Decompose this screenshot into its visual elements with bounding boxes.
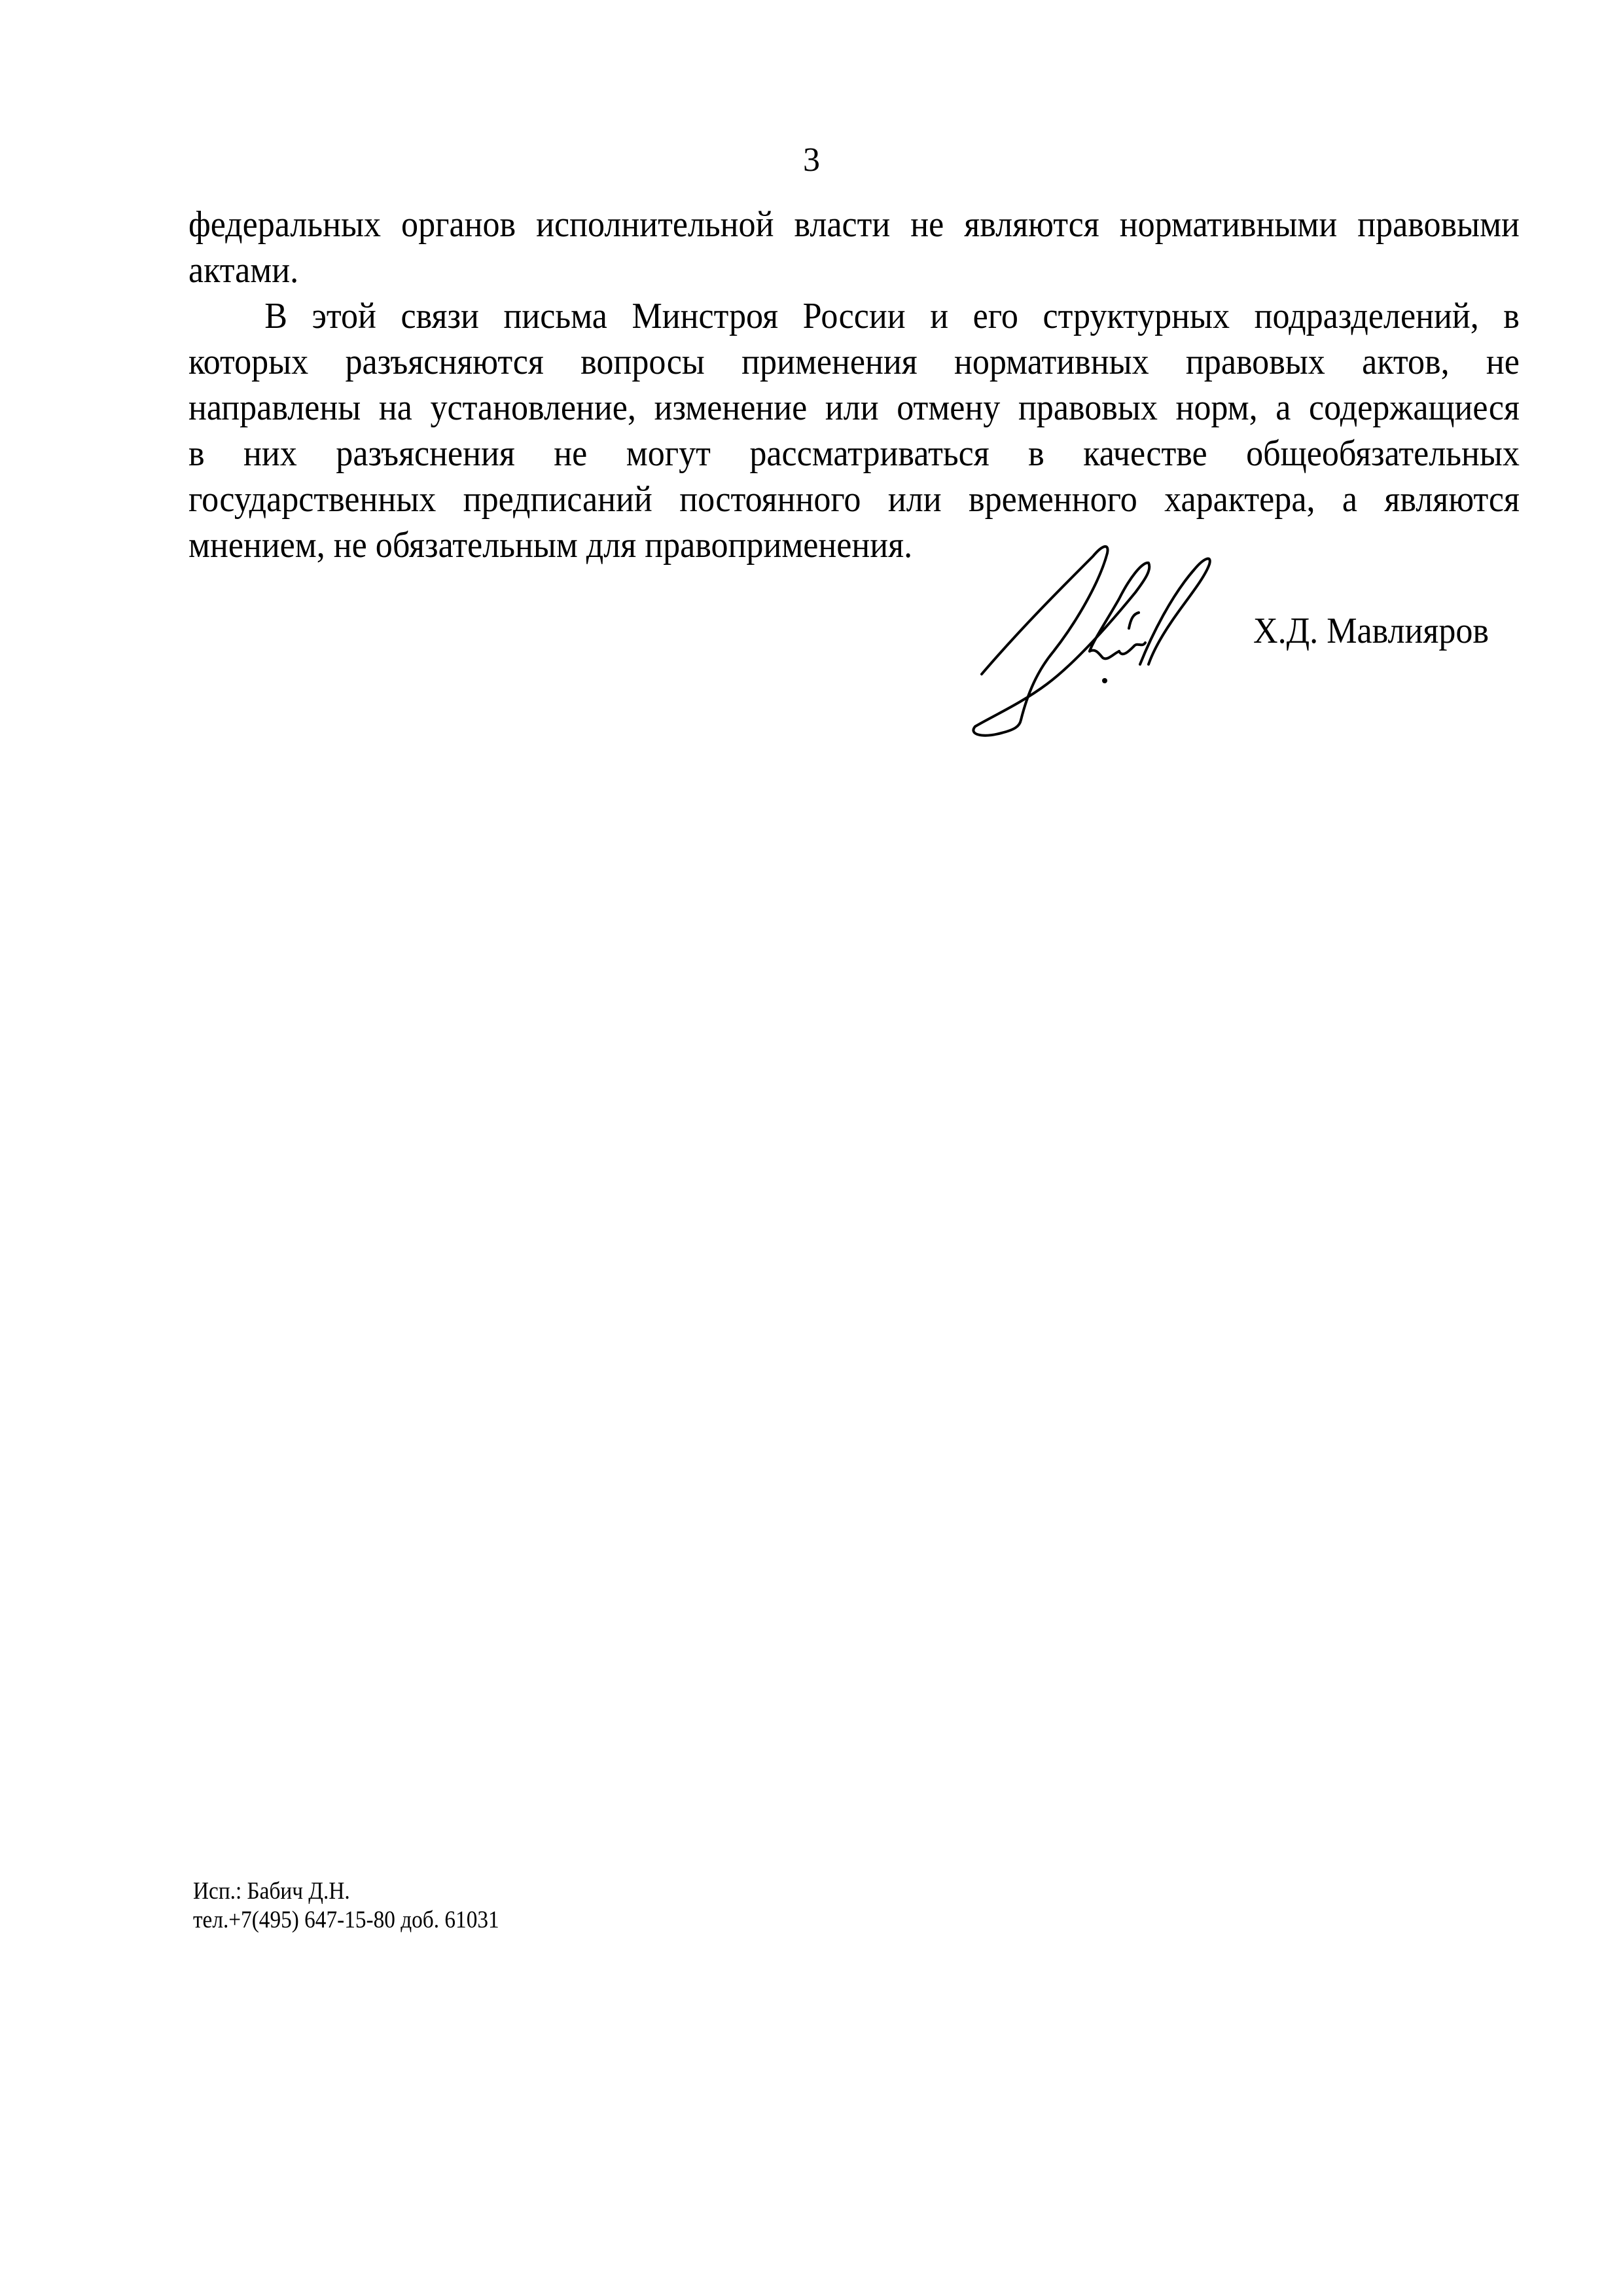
handwritten-signature (962, 530, 1302, 746)
paragraph-1-line-2: актами. (188, 247, 1427, 293)
document-page: 3 федеральных органов исполнительной вла… (0, 0, 1623, 2296)
letter-body: федеральных органов исполнительной власт… (188, 202, 1427, 568)
page-number: 3 (0, 141, 1623, 180)
paragraph-2-line-1: В этой связи письма Минстроя России и ег… (188, 293, 1520, 339)
executor-info: Исп.: Бабич Д.Н. тел.+7(495) 647-15-80 д… (193, 1877, 499, 1935)
paragraph-2-line-2: которых разъясняются вопросы применения … (188, 339, 1520, 385)
paragraph-2-line-5: государственных предписаний постоянного … (188, 476, 1520, 522)
paragraph-1-line-1: федеральных органов исполнительной власт… (188, 202, 1520, 247)
signer-name: Х.Д. Мавлияров (1253, 610, 1489, 652)
executor-name: Исп.: Бабич Д.Н. (193, 1877, 499, 1906)
paragraph-2-line-3: направлены на установление, изменение ил… (188, 385, 1520, 431)
executor-phone: тел.+7(495) 647-15-80 доб. 61031 (193, 1906, 499, 1935)
paragraph-2-line-4: в них разъяснения не могут рассматривать… (188, 431, 1520, 476)
